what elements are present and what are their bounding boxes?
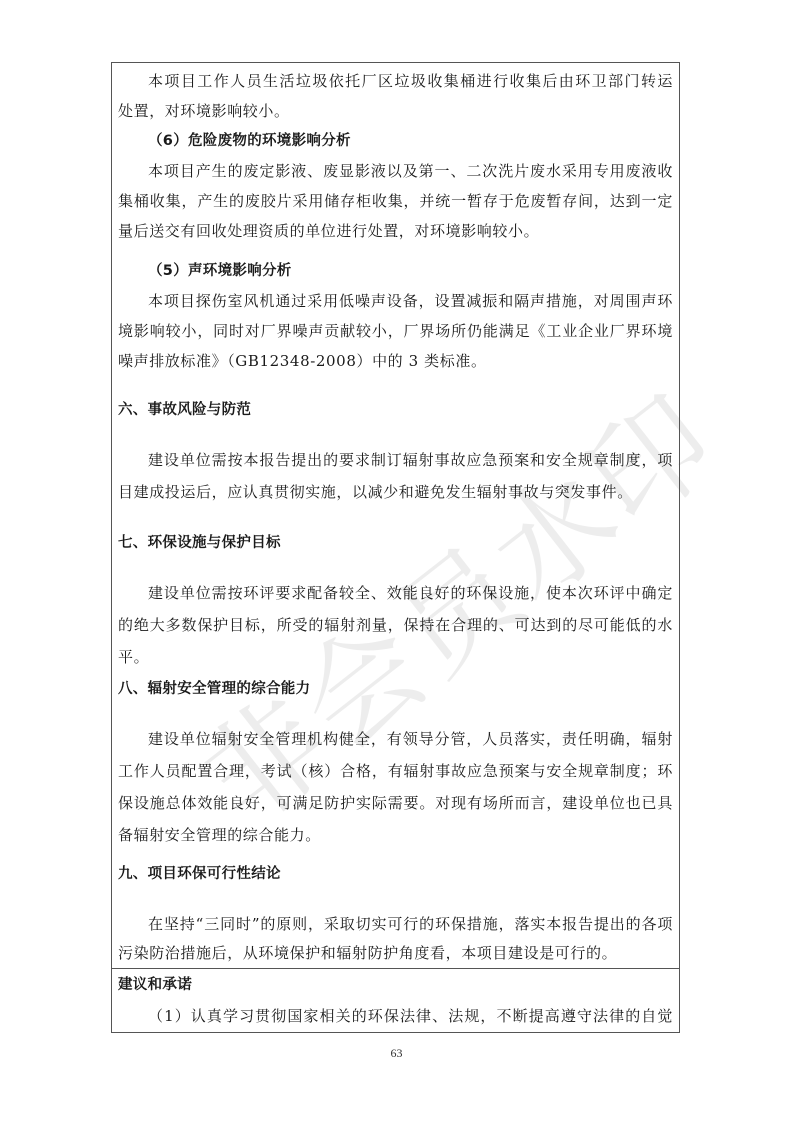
section-heading-accident-risk: 六、事故风险与防范 xyxy=(118,400,673,420)
paragraph-line: 工作人员配置合理，考试（核）合格，有辐射事故应急预案与安全规章制度；环 xyxy=(118,761,673,781)
section-heading-env-facilities: 七、环保设施与保护目标 xyxy=(118,533,673,553)
paragraph-line: 建设单位辐射安全管理机构健全，有领导分管，人员落实，责任明确，辐射 xyxy=(118,729,673,749)
conclusion-cell: 本项目工作人员生活垃圾依托厂区垃圾收集桶进行收集后由环卫部门转运 处置，对环境影… xyxy=(112,63,679,968)
document-page: 非会员水印 本项目工作人员生活垃圾依托厂区垃圾收集桶进行收集后由环卫部门转运 处… xyxy=(0,0,793,1122)
paragraph-line: 量后送交有回收处理资质的单位进行处置，对环境影响较小。 xyxy=(118,221,673,241)
page-number: 63 xyxy=(0,1046,793,1061)
subsection-heading-hazardous-waste: （6）危险废物的环境影响分析 xyxy=(118,131,673,151)
paragraph-line: 建设单位需按环评要求配备较全、效能良好的环保设施，使本次环评中确定 xyxy=(118,583,673,603)
paragraph-line: 本项目探伤室风机通过采用低噪声设备，设置减振和隔声措施，对周围声环 xyxy=(118,291,673,311)
subsection-heading-noise: （5）声环境影响分析 xyxy=(118,261,673,281)
report-table: 本项目工作人员生活垃圾依托厂区垃圾收集桶进行收集后由环卫部门转运 处置，对环境影… xyxy=(111,62,680,1033)
paragraph-line: 噪声排放标准》（GB12348-2008）中的 3 类标准。 xyxy=(118,351,673,371)
paragraph-line: 集桶收集，产生的废胶片采用储存柜收集，并统一暂存于危废暂存间，达到一定 xyxy=(118,191,673,211)
paragraph-line: 在坚持“三同时”的原则，采取切实可行的环保措施，落实本报告提出的各项 xyxy=(118,914,673,934)
paragraph-line: 平。 xyxy=(118,647,673,667)
suggestions-heading: 建议和承诺 xyxy=(118,975,673,995)
section-heading-radiation-management: 八、辐射安全管理的综合能力 xyxy=(118,679,673,699)
paragraph-line: 目建成投运后，应认真贯彻实施，以减少和避免发生辐射事故与突发事件。 xyxy=(118,482,673,502)
paragraph-line: 建设单位需按本报告提出的要求制订辐射事故应急预案和安全规章制度，项 xyxy=(118,450,673,470)
paragraph-line: （1）认真学习贯彻国家相关的环保法律、法规，不断提高遵守法律的自觉 xyxy=(118,1006,673,1026)
section-heading-feasibility-conclusion: 九、项目环保可行性结论 xyxy=(118,864,673,884)
paragraph-line: 本项目工作人员生活垃圾依托厂区垃圾收集桶进行收集后由环卫部门转运 xyxy=(118,71,673,91)
paragraph-line: 污染防治措施后，从环境保护和辐射防护角度看，本项目建设是可行的。 xyxy=(118,943,673,963)
paragraph-line: 境影响较小，同时对厂界噪声贡献较小，厂界场所仍能满足《工业企业厂界环境 xyxy=(118,321,673,341)
paragraph-line: 备辐射安全管理的综合能力。 xyxy=(118,825,673,845)
paragraph-line: 处置，对环境影响较小。 xyxy=(118,101,673,121)
paragraph-line: 保设施总体效能良好，可满足防护实际需要。对现有场所而言，建设单位也已具 xyxy=(118,793,673,813)
suggestions-cell: 建议和承诺 （1）认真学习贯彻国家相关的环保法律、法规，不断提高遵守法律的自觉 xyxy=(112,968,679,1032)
paragraph-line: 的绝大多数保护目标，所受的辐射剂量，保持在合理的、可达到的尽可能低的水 xyxy=(118,615,673,635)
paragraph-line: 本项目产生的废定影液、废显影液以及第一、二次洗片废水采用专用废液收 xyxy=(118,161,673,181)
